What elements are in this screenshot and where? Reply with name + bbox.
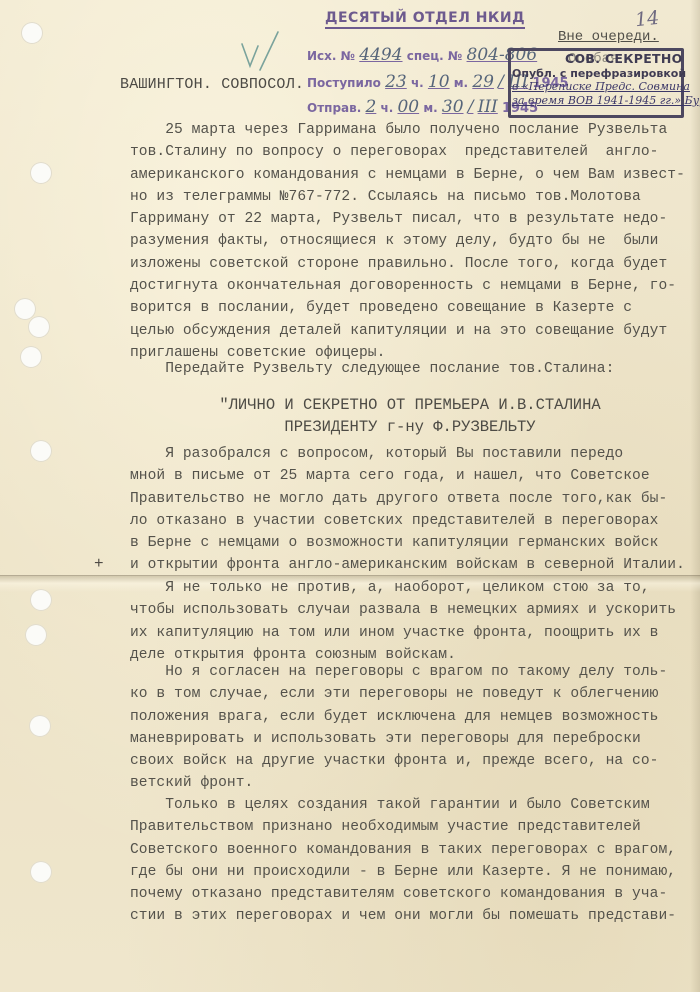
sent-hour: 2	[365, 97, 376, 117]
text-line: чтобы использовать случаи развала в неме…	[130, 599, 695, 621]
minute-label: м.	[454, 76, 468, 90]
punch-hole	[28, 316, 50, 338]
message-paragraph-2: Я не только не против, а, наоборот, цели…	[130, 577, 695, 666]
text-line: маневрировать и использовать эти перегов…	[130, 728, 695, 750]
department-stamp: ДЕСЯТЫЙ ОТДЕЛ НКИД	[325, 10, 525, 29]
punch-hole	[29, 715, 51, 737]
outgoing-number: 4494	[359, 45, 402, 65]
punch-hole	[21, 22, 43, 44]
text-line: Передайте Рузвельту следующее послание т…	[130, 358, 695, 380]
text-line: их капитуляцию на том или ином участке ф…	[130, 622, 695, 644]
addressee: ВАШИНГТОН. СОВПОСОЛ.	[120, 76, 304, 93]
page-number: 14	[634, 7, 660, 31]
text-line: изложены советской стороне правильно. По…	[130, 253, 695, 275]
text-line: американского командования с немцами в Б…	[130, 164, 695, 186]
secret-stamp-handwritten-1: в «Переписке Предс. Совмина	[512, 80, 690, 93]
text-line: Советского военного командования в таких…	[130, 839, 695, 861]
sent-label: Отправ.	[307, 101, 361, 115]
text-line: тов.Сталину по вопросу о переговорах пре…	[130, 141, 695, 163]
text-line: в Берне с немцами о возможности капитуля…	[130, 532, 695, 554]
punch-hole	[30, 861, 52, 883]
text-line: ко в том случае, если эти переговоры не …	[130, 683, 695, 705]
received-minute: 10	[428, 72, 450, 92]
received-label: Поступило	[307, 76, 381, 90]
hour-label: ч.	[411, 76, 424, 90]
sent-minute: 00	[397, 97, 419, 117]
text-line: Правительством признано необходимым учас…	[130, 816, 695, 838]
text-line: почему отказано представителям советског…	[130, 883, 695, 905]
message-paragraph-4: Только в целях создания такой гарантии и…	[130, 794, 695, 928]
message-heading-line-1: "ЛИЧНО И СЕКРЕТНО ОТ ПРЕМЬЕРА И.В.СТАЛИН…	[130, 394, 690, 416]
text-line: Я разобрался с вопросом, который Вы пост…	[130, 443, 695, 465]
secret-stamp-handwritten-2: за время ВОВ 1941-1945 гг.» Бур.	[512, 94, 700, 107]
intro-paragraph: 25 марта через Гарримана было получено п…	[130, 119, 695, 364]
punch-hole	[20, 346, 42, 368]
text-line: и открытии фронта англо-американским вой…	[130, 554, 695, 576]
special-label: спец. №	[407, 49, 463, 63]
text-line: положения врага, если будет исключена дл…	[130, 706, 695, 728]
text-line: мной в письме от 25 марта сего года, и н…	[130, 465, 695, 487]
instruction-line: Передайте Рузвельту следующее послание т…	[130, 358, 695, 380]
text-line: Гарриману от 22 марта, Рузвельт писал, ч…	[130, 208, 695, 230]
check-mark-icon	[238, 30, 288, 75]
text-line: Правительство не могло дать другого отве…	[130, 488, 695, 510]
message-paragraph-1: Я разобрался с вопросом, который Вы пост…	[130, 443, 695, 577]
margin-plus-mark: +	[94, 555, 104, 573]
text-line: но из телеграммы №767-772. Ссылаясь на п…	[130, 186, 695, 208]
received-hour: 23	[385, 72, 407, 92]
text-line: где бы они ни происходили - в Берне или …	[130, 861, 695, 883]
priority-label: Вне очереди.	[558, 29, 659, 45]
outgoing-number-line: Исх. № 4494 спец. № 804-806	[307, 45, 537, 65]
text-line: ло отказано в участии советских представ…	[130, 510, 695, 532]
sent-month: III	[478, 97, 498, 117]
punch-hole	[30, 440, 52, 462]
text-line: ворится в послании, будет проведено сове…	[130, 297, 695, 319]
punch-hole	[25, 624, 47, 646]
message-paragraph-3: Но я согласен на переговоры с врагом по …	[130, 661, 695, 795]
text-line: разумения факты, относящиеся к этому дел…	[130, 230, 695, 252]
punch-hole	[30, 162, 52, 184]
minute-label: м.	[423, 101, 437, 115]
sent-day: 30	[442, 97, 464, 117]
text-line: своих войск на другие участки фронта и, …	[130, 750, 695, 772]
text-line: целью обсуждения деталей капитуляции и н…	[130, 320, 695, 342]
text-line: Но я согласен на переговоры с врагом по …	[130, 661, 695, 683]
secret-stamp-title: СОВ. СЕКРЕТНО	[565, 51, 683, 66]
text-line: достигнута окончательная договоренность …	[130, 275, 695, 297]
secret-stamp-published: Опубл. с перефразировкой	[512, 67, 686, 80]
text-line: стии в этих переговорах и чем они могли …	[130, 905, 695, 927]
hour-label: ч.	[381, 101, 394, 115]
text-line: Только в целях создания такой гарантии и…	[130, 794, 695, 816]
text-line: 25 марта через Гарримана было получено п…	[130, 119, 695, 141]
message-heading-line-2: ПРЕЗИДЕНТУ г-ну Ф.РУЗВЕЛЬТУ	[130, 416, 690, 438]
received-day: 29	[472, 72, 494, 92]
text-line: Я не только не против, а, наоборот, цели…	[130, 577, 695, 599]
punch-hole	[30, 589, 52, 611]
sent-line: Отправ. 2 ч. 00 м. 30 / III 1945	[307, 97, 538, 117]
outgoing-label: Исх. №	[307, 49, 355, 63]
text-line: ветский фронт.	[130, 772, 695, 794]
